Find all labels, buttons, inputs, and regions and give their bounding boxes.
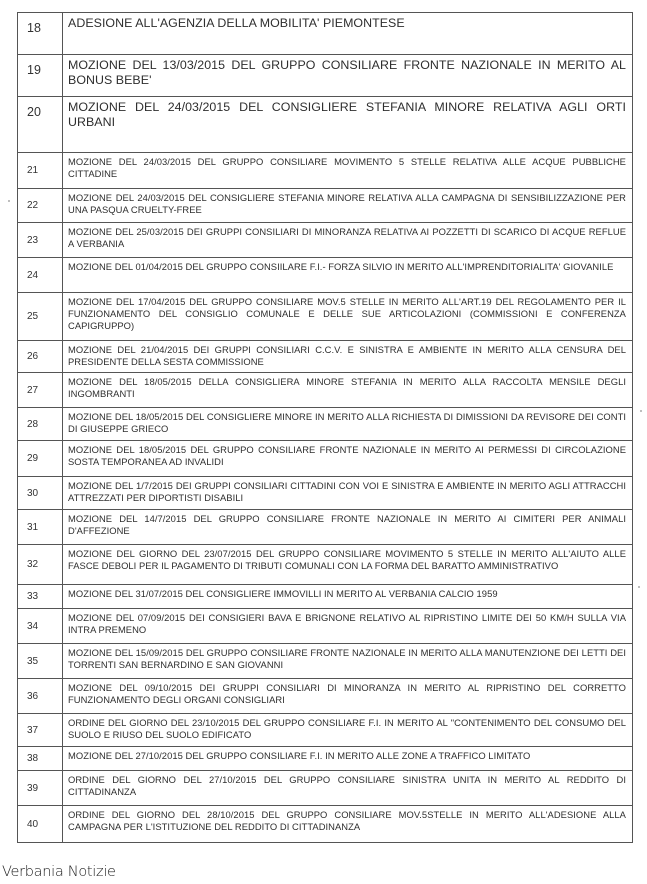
row-number: 34 [18, 609, 63, 643]
row-number: 30 [18, 477, 63, 509]
motions-table: 18 ADESIONE ALL'AGENZIA DELLA MOBILITA' … [17, 12, 633, 843]
watermark: Verbania Notizie [2, 864, 116, 880]
row-number: 26 [18, 341, 63, 372]
row-text: MOZIONE DEL 24/03/2015 DEL GRUPPO CONSIL… [63, 153, 632, 188]
row-number: 35 [18, 644, 63, 678]
row-text: MOZIONE DEL 18/05/2015 DEL CONSIGLIERE M… [63, 408, 632, 440]
table-row: 25 MOZIONE DEL 17/04/2015 DEL GRUPPO CON… [18, 293, 632, 341]
row-number: 29 [18, 441, 63, 476]
row-text: MOZIONE DEL 09/10/2015 DEI GRUPPI CONSIL… [63, 679, 632, 713]
table-row: 23 MOZIONE DEL 25/03/2015 DEI GRUPPI CON… [18, 223, 632, 258]
row-number: 32 [18, 545, 63, 584]
table-row: 20 MOZIONE DEL 24/03/2015 DEL CONSIGLIER… [18, 97, 632, 153]
scan-speck [638, 586, 640, 588]
row-text: ORDINE DEL GIORNO DEL 28/10/2015 DEL GRU… [63, 806, 632, 842]
row-number: 28 [18, 408, 63, 440]
row-number: 27 [18, 373, 63, 407]
row-text: ORDINE DEL GIORNO DEL 27/10/2015 DEL GRU… [63, 771, 632, 805]
row-number: 31 [18, 510, 63, 544]
row-number: 19 [18, 55, 63, 96]
row-text: ORDINE DEL GIORNO DEL 23/10/2015 DEL GRU… [63, 714, 632, 746]
row-number: 18 [18, 13, 63, 54]
row-text: MOZIONE DEL 21/04/2015 DEI GRUPPI CONSIL… [63, 341, 632, 372]
row-number: 40 [18, 806, 63, 842]
table-row: 18 ADESIONE ALL'AGENZIA DELLA MOBILITA' … [18, 13, 632, 55]
row-text: MOZIONE DEL 13/03/2015 DEL GRUPPO CONSIL… [63, 55, 632, 96]
table-row: 26 MOZIONE DEL 21/04/2015 DEI GRUPPI CON… [18, 341, 632, 373]
row-text: MOZIONE DEL 14/7/2015 DEL GRUPPO CONSILI… [63, 510, 632, 544]
table-row: 33 MOZIONE DEL 31/07/2015 DEL CONSIGLIER… [18, 585, 632, 609]
table-row: 32 MOZIONE DEL GIORNO DEL 23/07/2015 DEL… [18, 545, 632, 585]
row-text: MOZIONE DEL 25/03/2015 DEI GRUPPI CONSIL… [63, 223, 632, 257]
row-text: MOZIONE DEL 07/09/2015 DEI CONSIGIERI BA… [63, 609, 632, 643]
row-number: 33 [18, 585, 63, 608]
row-text: MOZIONE DEL 27/10/2015 DEL GRUPPO CONSIL… [63, 747, 632, 770]
row-text: MOZIONE DEL 1/7/2015 DEI GRUPPI CONSILIA… [63, 477, 632, 509]
table-row: 22 MOZIONE DEL 24/03/2015 DEL CONSIGLIER… [18, 189, 632, 223]
table-row: 28 MOZIONE DEL 18/05/2015 DEL CONSIGLIER… [18, 408, 632, 441]
row-text: MOZIONE DEL 17/04/2015 DEL GRUPPO CONSIL… [63, 293, 632, 340]
table-row: 27 MOZIONE DEL 18/05/2015 DELLA CONSIGLI… [18, 373, 632, 408]
table-row: 31 MOZIONE DEL 14/7/2015 DEL GRUPPO CONS… [18, 510, 632, 545]
table-row: 19 MOZIONE DEL 13/03/2015 DEL GRUPPO CON… [18, 55, 632, 97]
table-row: 36 MOZIONE DEL 09/10/2015 DEI GRUPPI CON… [18, 679, 632, 714]
row-number: 22 [18, 189, 63, 222]
row-text: MOZIONE DEL 01/04/2015 DEL GRUPPO CONSII… [63, 258, 632, 292]
row-number: 21 [18, 153, 63, 188]
row-text: MOZIONE DEL 24/03/2015 DEL CONSIGLIERE S… [63, 97, 632, 152]
row-text: MOZIONE DEL 15/09/2015 DEL GRUPPO CONSIL… [63, 644, 632, 678]
table-row: 38 MOZIONE DEL 27/10/2015 DEL GRUPPO CON… [18, 747, 632, 771]
row-number: 36 [18, 679, 63, 713]
table-row: 40 ORDINE DEL GIORNO DEL 28/10/2015 DEL … [18, 806, 632, 843]
table-row: 35 MOZIONE DEL 15/09/2015 DEL GRUPPO CON… [18, 644, 632, 679]
table-row: 24 MOZIONE DEL 01/04/2015 DEL GRUPPO CON… [18, 258, 632, 293]
table-row: 29 MOZIONE DEL 18/05/2015 DEL GRUPPO CON… [18, 441, 632, 477]
row-text: MOZIONE DEL 24/03/2015 DEL CONSIGLIERE S… [63, 189, 632, 222]
row-text: MOZIONE DEL 18/05/2015 DELLA CONSIGLIERA… [63, 373, 632, 407]
row-number: 37 [18, 714, 63, 746]
table-row: 21 MOZIONE DEL 24/03/2015 DEL GRUPPO CON… [18, 153, 632, 189]
row-number: 25 [18, 293, 63, 340]
row-text: MOZIONE DEL GIORNO DEL 23/07/2015 DEL GR… [63, 545, 632, 584]
row-text: MOZIONE DEL 31/07/2015 DEL CONSIGLIERE I… [63, 585, 632, 608]
scan-speck [640, 410, 642, 412]
row-number: 39 [18, 771, 63, 805]
row-number: 23 [18, 223, 63, 257]
scan-speck [8, 200, 10, 202]
row-text: ADESIONE ALL'AGENZIA DELLA MOBILITA' PIE… [63, 13, 632, 54]
table-row: 39 ORDINE DEL GIORNO DEL 27/10/2015 DEL … [18, 771, 632, 806]
table-row: 30 MOZIONE DEL 1/7/2015 DEI GRUPPI CONSI… [18, 477, 632, 510]
table-row: 37 ORDINE DEL GIORNO DEL 23/10/2015 DEL … [18, 714, 632, 747]
table-row: 34 MOZIONE DEL 07/09/2015 DEI CONSIGIERI… [18, 609, 632, 644]
row-number: 20 [18, 97, 63, 152]
row-number: 38 [18, 747, 63, 770]
row-number: 24 [18, 258, 63, 292]
row-text: MOZIONE DEL 18/05/2015 DEL GRUPPO CONSIL… [63, 441, 632, 476]
